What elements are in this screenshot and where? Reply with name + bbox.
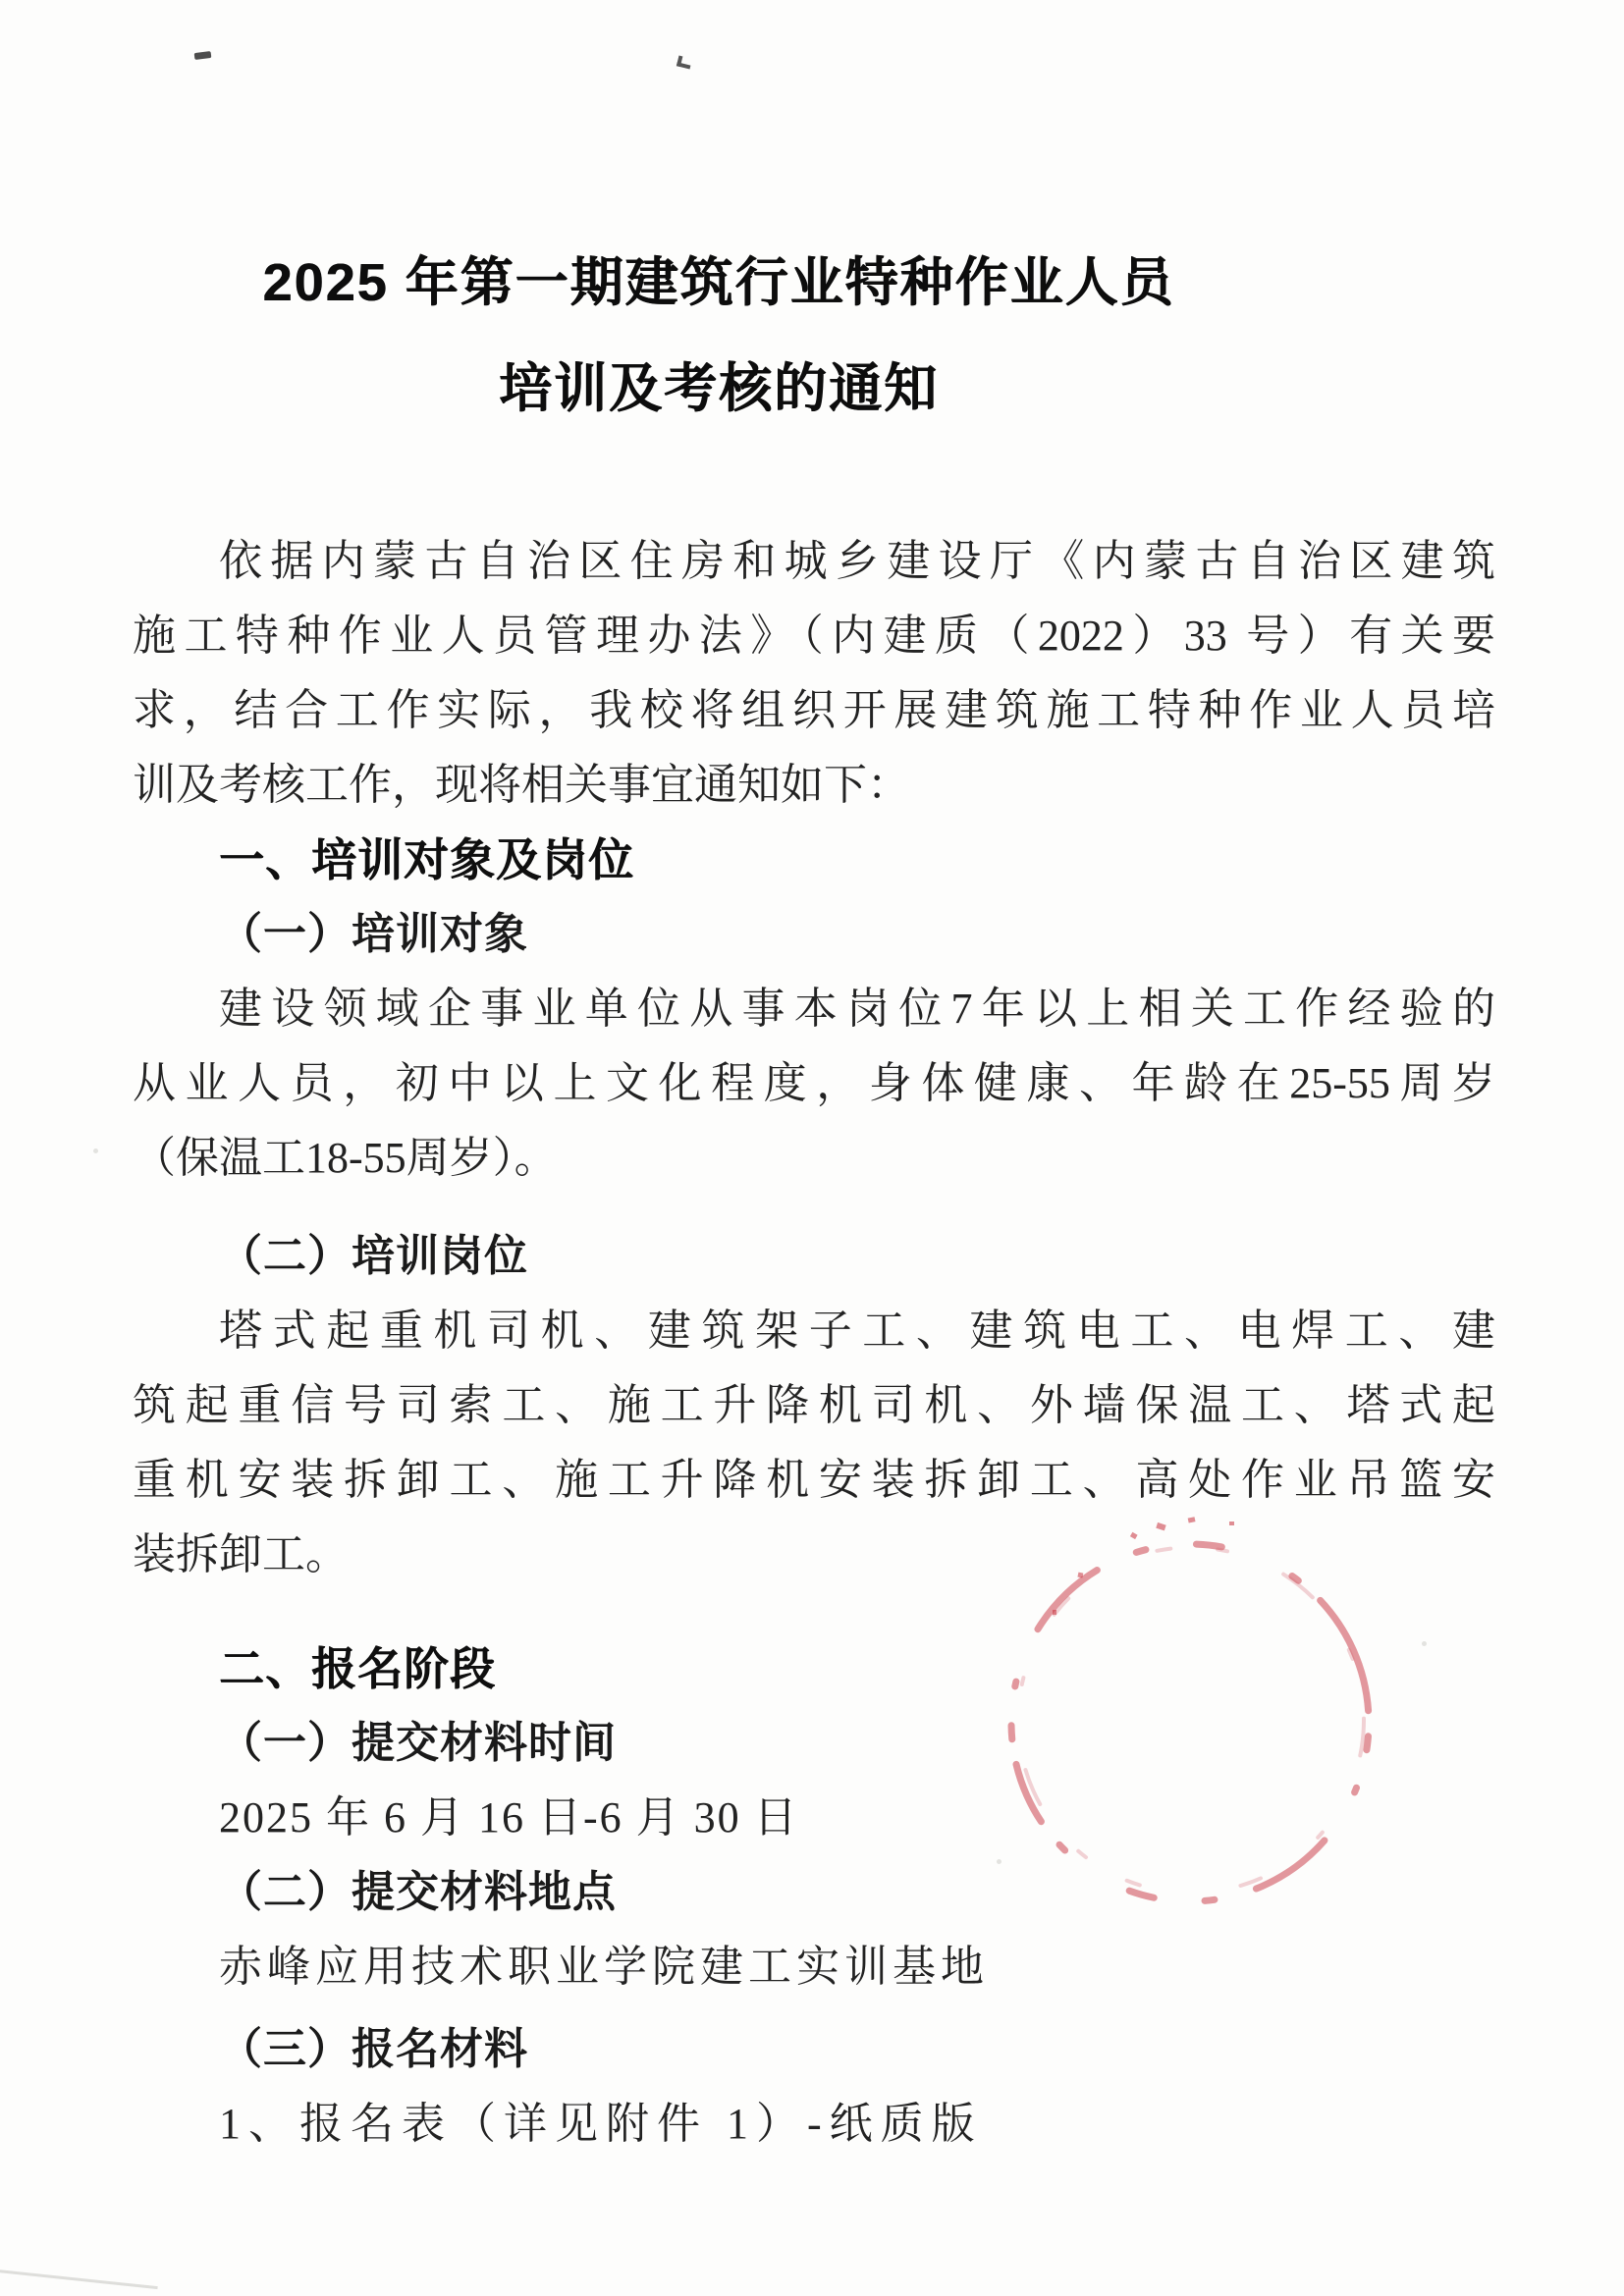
paper-speck [997, 1859, 1001, 1864]
submission-location-value: 赤峰应用技术职业学院建工实训基地 [133, 1930, 1495, 2004]
red-seal-stamp [984, 1512, 1396, 1934]
intro-line: 依据内蒙古自治区住房和城乡建设厅《内蒙古自治区建筑 [133, 524, 1495, 599]
intro-paragraph: 依据内蒙古自治区住房和城乡建设厅《内蒙古自治区建筑 施工特种作业人员管理办法》（… [133, 524, 1495, 823]
paragraph-line: （保温工18-55周岁）。 [133, 1121, 1495, 1196]
scanned-notice-page: 2025 年第一期建筑行业特种作业人员 培训及考核的通知 依据内蒙古自治区住房和… [0, 0, 1624, 2296]
paper-speck [1422, 1641, 1427, 1646]
intro-line: 训及考核工作，现将相关事宜通知如下： [133, 748, 1495, 823]
section-2-sub-3-heading: （三）报名材料 [133, 2012, 1495, 2087]
paragraph-line: 从业人员，初中以上文化程度，身体健康、年龄在25-55周岁 [133, 1046, 1495, 1121]
paper-speck [93, 1148, 98, 1153]
title-line-1: 2025 年第一期建筑行业特种作业人员 [37, 243, 1400, 322]
paragraph-line: 重机安装拆卸工、施工升降机安装拆卸工、高处作业吊篮安 [133, 1443, 1495, 1518]
section-1-sub-2-heading: （二）培训岗位 [133, 1219, 1495, 1294]
seal-ink-specks [1053, 1517, 1234, 1615]
title-line-2: 培训及考核的通知 [37, 349, 1400, 428]
application-material-item-1: 1、报名表（详见附件 1）-纸质版 [133, 2087, 1495, 2162]
section-1-sub-1-heading: （一）培训对象 [133, 897, 1495, 972]
paragraph-line: 筑起重信号司索工、施工升降机司机、外墙保温工、塔式起 [133, 1368, 1495, 1443]
training-target-paragraph: 建设领域企事业单位从事本岗位7年以上相关工作经验的 从业人员，初中以上文化程度，… [133, 972, 1495, 1196]
paragraph-line: 塔式起重机司机、建筑架子工、建筑电工、电焊工、建 [133, 1294, 1495, 1368]
document-title: 2025 年第一期建筑行业特种作业人员 培训及考核的通知 [37, 243, 1400, 428]
intro-line: 施工特种作业人员管理办法》（内建质（2022）33 号）有关要 [133, 599, 1495, 673]
paragraph-line: 建设领域企事业单位从事本岗位7年以上相关工作经验的 [133, 972, 1495, 1046]
section-1-heading: 一、培训对象及岗位 [133, 823, 1495, 897]
intro-line: 求，结合工作实际，我校将组织开展建筑施工特种作业人员培 [133, 673, 1495, 748]
scan-artifact-bottom-left [0, 2269, 158, 2289]
